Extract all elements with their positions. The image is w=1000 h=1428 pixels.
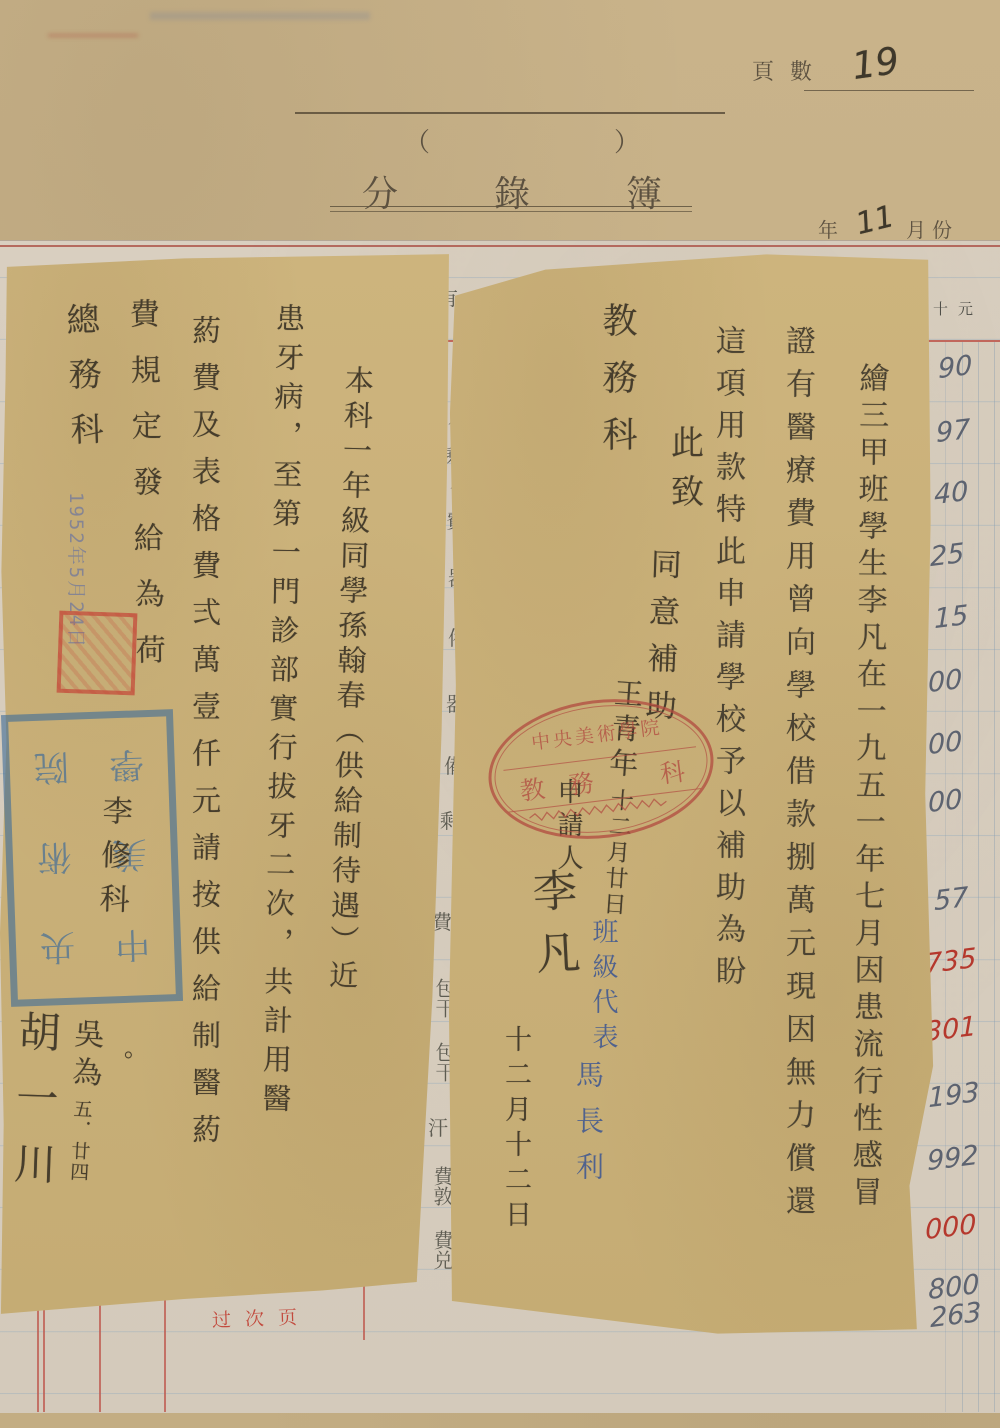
left-note-addressee: 總務科 <box>57 301 110 468</box>
approver-date: 五．廿四 <box>67 1099 93 1184</box>
left-note-routing-annotation: 李修科 <box>88 794 137 927</box>
bleed-through-mark <box>48 34 138 37</box>
red-seal-stamp <box>57 611 138 696</box>
ledger-amount: 25 <box>930 538 965 573</box>
ledger-amount: 57 <box>934 882 969 917</box>
right-note-column: 證有醫療費用曾向學校借款捌萬元現因無力償還 <box>775 325 819 1228</box>
blue-stamp-char: 術 <box>15 813 93 906</box>
right-note-addressee: 教務科 <box>592 302 642 473</box>
ledger-amount: 301 <box>925 1011 977 1048</box>
ledger-entry-fragment: 汗 <box>428 1112 448 1141</box>
ledger-amount: 193 <box>928 1077 980 1114</box>
left-note-period-mark: 。 <box>124 1028 148 1063</box>
class-rep-signature: 馬長利 <box>568 1060 608 1198</box>
ledger-grid-line <box>978 342 979 1412</box>
stamp-dept-right: 科 <box>658 752 687 791</box>
ledger-column-header: 十元 <box>933 298 983 319</box>
month-label: 月份 <box>906 214 958 243</box>
page-number-value: 19 <box>849 39 902 88</box>
year-value: 11 <box>852 199 898 242</box>
approver-name: 吳為 <box>65 1017 104 1095</box>
ledger-amount: 90 <box>938 350 973 385</box>
title-double-rule <box>330 206 692 212</box>
ledger-amount: 000 <box>925 1209 977 1246</box>
year-label: 年 <box>818 214 838 243</box>
class-rep-label: 班級代表 <box>585 918 622 1058</box>
blue-stamp-char: 央 <box>19 903 97 996</box>
ledger-amount: 992 <box>927 1140 979 1177</box>
bleed-through-mark <box>150 12 370 20</box>
right-note-column: 繪三甲班學生李凡在一九五一年七月因患流行性感冒 <box>841 362 892 1213</box>
left-note-signature: 胡一川 <box>1 1009 68 1209</box>
ledger-amount: 00 <box>928 664 963 699</box>
ledger-grid-line <box>994 342 995 1412</box>
ledger-amount: 00 <box>928 784 963 819</box>
left-note-column: 葯費及表格費弍萬壹仟元請按供給制醫葯 <box>185 315 226 1161</box>
right-note-closing: 此致 <box>662 425 709 523</box>
ledger-amount: 15 <box>934 600 969 635</box>
title-paren-close: ） <box>614 122 640 159</box>
carry-over-note: 过次页 <box>212 1302 312 1332</box>
ledger-amount: 97 <box>936 414 971 449</box>
scanned-ledger-page: 頁數 19 （ ） 分錄簿 年 11 月份 十元 有 公 剩 公 費 器 備 器… <box>0 0 1000 1428</box>
ledger-amount: 735 <box>925 943 977 980</box>
title-paren-open: （ <box>404 122 430 159</box>
application-date: 十二月十二日 <box>496 1025 535 1235</box>
ledger-top-red-line <box>0 245 1000 247</box>
ledger-amount: 00 <box>928 726 963 761</box>
page-number-line <box>804 90 974 91</box>
title-top-rule <box>295 112 725 114</box>
ledger-amount: 40 <box>934 476 969 511</box>
academy-registry-oval-stamp: 中央美術學院 教務 科 <box>480 687 721 852</box>
right-note-column: 這項用款特此申請學校予以補助為盼 <box>705 325 749 997</box>
applicant-signature: 李凡 <box>517 866 587 993</box>
blue-stamp-char: 院 <box>12 723 90 816</box>
ledger-amount: 263 <box>930 1297 982 1334</box>
page-number-label: 頁數 <box>752 55 828 86</box>
